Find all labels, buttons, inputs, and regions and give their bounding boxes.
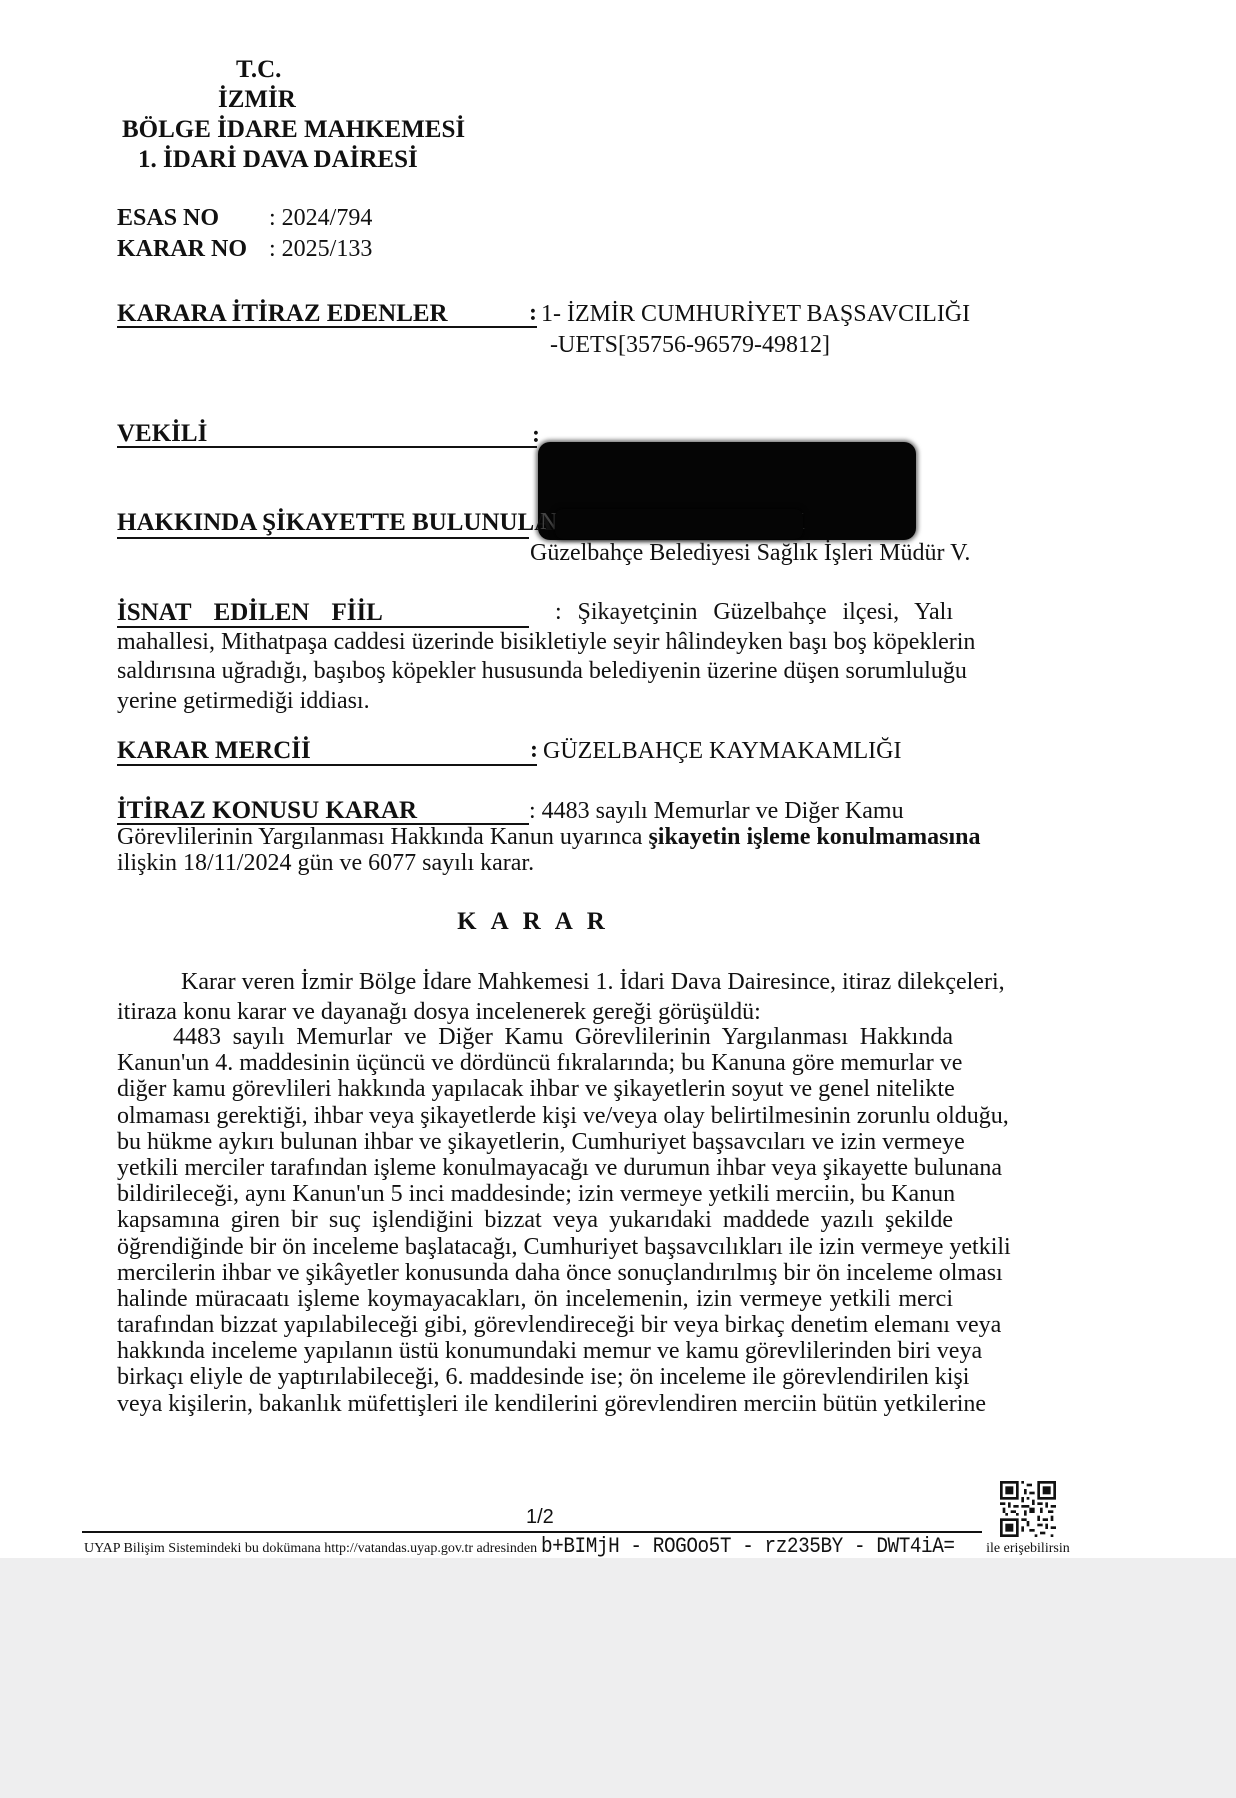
p1-line-1: Karar veren İzmir Bölge İdare Mahkemesi … — [117, 968, 953, 998]
esas-no-row: ESAS NO: 2024/794 — [117, 205, 372, 232]
qr-code-icon[interactable] — [1000, 1479, 1056, 1539]
itiraz-konusu-label: İTİRAZ KONUSU KARAR — [117, 797, 417, 825]
sikayet-edilen-rule — [117, 537, 529, 539]
karar-mercii-colon: : — [530, 737, 538, 764]
footer-rule — [82, 1531, 982, 1533]
itiraz-konusu-line-2-plain: Görevlilerinin Yargılanması Hakkında Kan… — [117, 824, 648, 850]
p2-line-4: olmaması gerektiği, ihbar veya şikayetle… — [117, 1103, 953, 1129]
p2-line-7: bildirileceği, aynı Kanun'un 5 inci madd… — [117, 1181, 953, 1207]
vekili-rule — [117, 446, 537, 448]
p2-line-14: birkaçı eliyle de yaptırılabileceği, 6. … — [117, 1364, 953, 1390]
itiraz-konusu-line-3: ilişkin 18/11/2024 gün ve 6077 sayılı ka… — [117, 850, 534, 877]
isnat-line-1: : Şikayetçinin Güzelbahçe ilçesi, Yalı — [117, 598, 953, 628]
itiraz-edenler-rule — [117, 326, 537, 328]
document-page: T.C. İZMİR BÖLGE İDARE MAHKEMESİ 1. İDAR… — [0, 0, 1236, 1784]
p2-line-12: tarafından bizzat yapılabileceği gibi, g… — [117, 1312, 953, 1338]
p2-line-13: hakkında inceleme yapılanın üstü konumun… — [117, 1338, 953, 1364]
p2-line-11: halinde müracaatı işleme koymayacakları,… — [117, 1286, 953, 1312]
karar-mercii-value: GÜZELBAHÇE KAYMAKAMLIĞI — [543, 738, 901, 765]
p2-line-9: öğrendiğinde bir ön inceleme başlatacağı… — [117, 1234, 953, 1260]
header-chamber: 1. İDARİ DAVA DAİRESİ — [138, 146, 418, 174]
vekili-colon: : — [532, 422, 540, 449]
isnat-line-4: yerine getirmediği iddiası. — [117, 687, 953, 717]
header-city: İZMİR — [218, 86, 296, 114]
p2-line-15: veya kişilerin, bakanlık müfettişleri il… — [117, 1391, 953, 1417]
header-court: BÖLGE İDARE MAHKEMESİ — [122, 116, 465, 144]
header-tc: T.C. — [236, 56, 281, 84]
itiraz-edenler-uets: -UETS[35756-96579-49812] — [550, 332, 830, 359]
isnat-line-2: mahallesi, Mithatpaşa caddesi üzerinde b… — [117, 628, 953, 658]
esas-no-value: : 2024/794 — [269, 205, 372, 232]
footer-access-code[interactable]: b+BIMjH - ROGOo5T - rz235BY - DWT4iA= — [541, 1534, 955, 1559]
p2-line-6: yetkili merciler tarafından işleme konul… — [117, 1155, 953, 1181]
sikayet-edilen-redaction — [555, 509, 803, 539]
p2-line-5: bu hükme aykırı bulunan ihbar ve şikayet… — [117, 1129, 953, 1155]
vekili-label: VEKİLİ — [117, 420, 207, 448]
esas-no-label: ESAS NO — [117, 205, 269, 232]
sikayet-edilen-title: Güzelbahçe Belediyesi Sağlık İşleri Müdü… — [530, 540, 970, 567]
karar-mercii-label: KARAR MERCİİ — [117, 737, 311, 765]
footer-access-suffix: ile erişebilirsin — [986, 1541, 1070, 1556]
p2-line-1: 4483 sayılı Memurlar ve Diğer Kamu Görev… — [117, 1024, 953, 1050]
itiraz-edenler-value: 1- İZMİR CUMHURİYET BAŞSAVCILIĞI — [541, 301, 970, 328]
isnat-line-3: saldırısına uğradığı, başıboş köpekler h… — [117, 657, 953, 687]
p2-line-3: diğer kamu görevlileri hakkında yapılaca… — [117, 1076, 953, 1102]
itiraz-konusu-line-1: : 4483 sayılı Memurlar ve Diğer Kamu — [529, 798, 904, 825]
itiraz-edenler-colon: : — [529, 300, 537, 327]
itiraz-konusu-line-2-bold: şikayetin işleme konulmamasına — [648, 824, 980, 850]
footer-access-text: UYAP Bilişim Sistemindeki bu dokümana ht… — [84, 1534, 1070, 1559]
p1-line-2: itiraza konu karar ve dayanağı dosya inc… — [117, 998, 953, 1028]
p2-line-8: kapsamına giren bir suç işlendiğini bizz… — [117, 1207, 953, 1233]
p2-line-10: mercilerin ihbar ve şikâyetler konusunda… — [117, 1260, 953, 1286]
footer-access-prefix: UYAP Bilişim Sistemindeki bu dokümana ht… — [84, 1541, 537, 1556]
karar-title: KARAR — [0, 908, 1076, 936]
itiraz-konusu-line-2: Görevlilerinin Yargılanması Hakkında Kan… — [117, 824, 980, 851]
karar-no-row: KARAR NO: 2025/133 — [117, 236, 372, 263]
karar-mercii-rule — [117, 764, 537, 766]
karar-no-value: : 2025/133 — [269, 236, 372, 263]
karar-no-label: KARAR NO — [117, 236, 269, 263]
isnat-text: : Şikayetçinin Güzelbahçe ilçesi, Yalı m… — [117, 598, 953, 716]
itiraz-edenler-label: KARARA İTİRAZ EDENLER — [117, 300, 448, 328]
viewer-background — [0, 1558, 1236, 1798]
p2-line-2: Kanun'un 4. maddesinin üçüncü ve dördünc… — [117, 1050, 953, 1076]
sikayet-edilen-label: HAKKINDA ŞİKAYETTE BULUNULAN : — [117, 509, 585, 537]
karar-paragraph-2: 4483 sayılı Memurlar ve Diğer Kamu Görev… — [117, 1024, 953, 1417]
page-number: 1/2 — [526, 1506, 554, 1529]
karar-paragraph-1: Karar veren İzmir Bölge İdare Mahkemesi … — [117, 968, 953, 1027]
